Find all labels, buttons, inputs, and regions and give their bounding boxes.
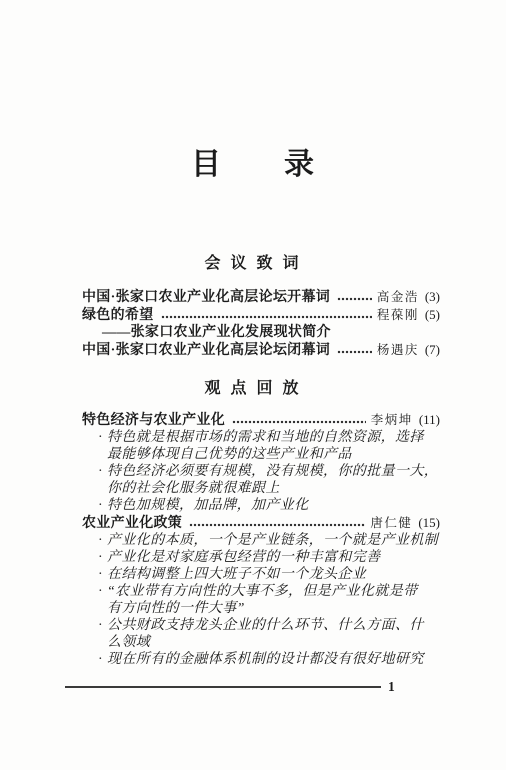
bullet-item: · 特色就是根据市场的需求和当地的自然资源，选择: [82, 429, 440, 446]
toc-entry-page: (11): [419, 411, 440, 428]
toc-entry-title: 农业产业化政策: [82, 515, 182, 532]
dot-leader: [189, 519, 365, 527]
page-number: 1: [388, 680, 395, 694]
toc-page: 目 录 会 议 致 词 中国·张家口农业产业化高层论坛开幕词 高金浩 (3) 绿…: [0, 0, 506, 770]
bullet-item: · “农业带有方向性的大事不多，但是产业化就是带: [82, 583, 440, 600]
bullet-text: 公共财政支持龙头企业的什么环节、什么方面、什: [107, 618, 424, 633]
toc-entry-page: (3): [425, 288, 440, 305]
toc-entry-author: 李炳坤: [371, 412, 413, 429]
bullet-text: 在结构调整上四大班子不如一个龙头企业: [107, 567, 366, 582]
bullet-marker-icon: ·: [98, 583, 103, 600]
toc-entry-author: 杨遇庆: [377, 342, 419, 359]
toc-entry-subtitle: ——张家口农业产业化发展现状简介: [82, 324, 440, 341]
bullet-marker-icon: ·: [98, 532, 103, 549]
bullet-item: · 产业化的本质，一个是产业链条，一个就是产业机制: [82, 532, 440, 549]
toc-entry-page: (5): [425, 306, 440, 323]
bullet-marker-icon: ·: [98, 566, 103, 583]
dot-leader: [337, 346, 372, 354]
toc-entry: 特色经济与农业产业化 李炳坤 (11): [82, 411, 440, 429]
toc-entry-title: 绿色的希望: [82, 307, 154, 324]
footer-rule: [65, 686, 381, 688]
bullet-item-continuation: 最能够体现自己优势的这些产业和产品: [82, 446, 440, 463]
dot-leader: [337, 293, 372, 301]
page-title: 目 录: [0, 0, 506, 180]
bullet-item: · 产业化是对家庭承包经营的一种丰富和完善: [82, 549, 440, 566]
toc-entry-title: 中国·张家口农业产业化高层论坛闭幕词: [82, 342, 330, 359]
section-heading-viewpoints: 观 点 回 放: [0, 381, 506, 397]
bullet-item: · 特色加规模，加品牌，加产业化: [82, 497, 440, 514]
toc-entry-page: (7): [425, 341, 440, 358]
bullet-text: 你的社会化服务就很难跟上: [107, 481, 280, 496]
bullet-text: 有方向性的一件大事”: [107, 601, 245, 616]
bullet-item: · 现在所有的金融体系机制的设计都没有很好地研究: [82, 651, 440, 668]
toc-entry-page: (15): [418, 514, 440, 531]
bullet-text: “农业带有方向性的大事不多，但是产业化就是带: [107, 584, 418, 599]
bullet-item: · 在结构调整上四大班子不如一个龙头企业: [82, 566, 440, 583]
bullet-item-continuation: 有方向性的一件大事”: [82, 600, 440, 617]
bullet-marker-icon: ·: [98, 651, 103, 668]
dot-leader: [161, 311, 372, 319]
page-footer: 1: [65, 680, 395, 694]
toc-entry: 绿色的希望 程葆刚 (5): [82, 306, 440, 324]
bullet-text: 么领域: [107, 635, 150, 650]
bullet-text: 最能够体现自己优势的这些产业和产品: [107, 447, 352, 462]
toc-entry-title: 特色经济与农业产业化: [82, 412, 225, 429]
toc-list-speeches: 中国·张家口农业产业化高层论坛开幕词 高金浩 (3) 绿色的希望 程葆刚 (5)…: [82, 288, 440, 359]
bullet-text: 现在所有的金融体系机制的设计都没有很好地研究: [107, 652, 424, 667]
bullet-marker-icon: ·: [98, 617, 103, 634]
bullet-item-continuation: 你的社会化服务就很难跟上: [82, 480, 440, 497]
bullet-text: 产业化的本质，一个是产业链条，一个就是产业机制: [107, 533, 438, 548]
toc-entry-author: 高金浩: [377, 289, 419, 306]
bullet-text: 特色加规模，加品牌，加产业化: [107, 498, 309, 513]
dot-leader: [232, 416, 366, 424]
bullet-text: 特色经济必须要有规模，没有规模，你的批量一大，: [107, 464, 438, 479]
toc-entry: 中国·张家口农业产业化高层论坛开幕词 高金浩 (3): [82, 288, 440, 306]
bullet-marker-icon: ·: [98, 463, 103, 480]
toc-entry-author: 程葆刚: [377, 307, 419, 324]
toc-entry: 中国·张家口农业产业化高层论坛闭幕词 杨遇庆 (7): [82, 341, 440, 359]
bullet-marker-icon: ·: [98, 429, 103, 446]
bullet-text: 产业化是对家庭承包经营的一种丰富和完善: [107, 550, 381, 565]
toc-entry: 农业产业化政策 唐仁健 (15): [82, 514, 440, 532]
bullet-item-continuation: 么领域: [82, 634, 440, 651]
bullet-item: · 特色经济必须要有规模，没有规模，你的批量一大，: [82, 463, 440, 480]
toc-entry-author: 唐仁健: [370, 515, 412, 532]
bullet-marker-icon: ·: [98, 497, 103, 514]
toc-list-viewpoints: 特色经济与农业产业化 李炳坤 (11) · 特色就是根据市场的需求和当地的自然资…: [82, 411, 440, 668]
toc-entry-title: 中国·张家口农业产业化高层论坛开幕词: [82, 289, 330, 306]
bullet-item: · 公共财政支持龙头企业的什么环节、什么方面、什: [82, 617, 440, 634]
section-heading-speeches: 会 议 致 词: [0, 256, 506, 272]
bullet-text: 特色就是根据市场的需求和当地的自然资源，选择: [107, 430, 424, 445]
bullet-marker-icon: ·: [98, 549, 103, 566]
